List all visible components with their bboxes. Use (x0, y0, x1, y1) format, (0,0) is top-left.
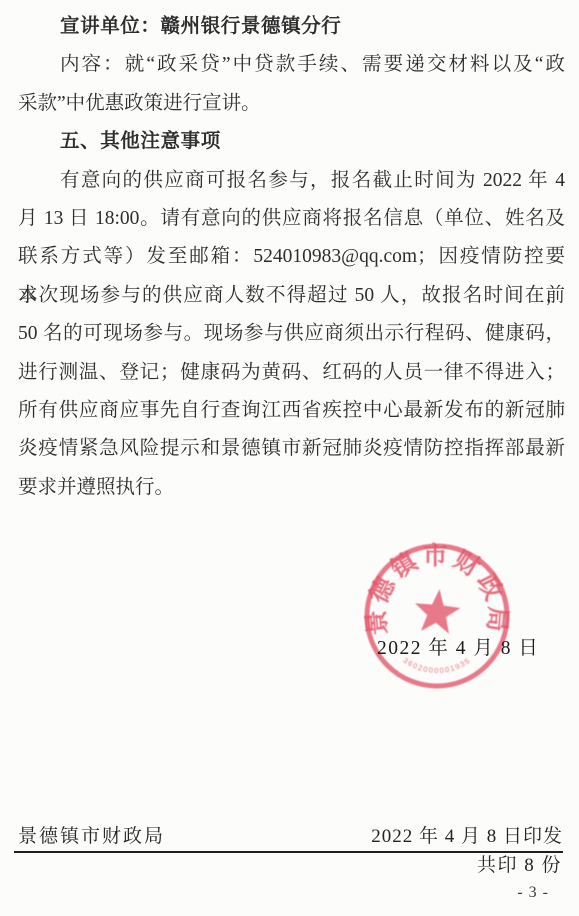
document-body: 宣讲单位：赣州银行景德镇分行 内容：就“政采贷”中贷款手续、需要递交材料以及“政… (18, 8, 565, 507)
issue-date: 2022 年 4 月 8 日 (377, 632, 539, 660)
content-line-2: 采款”中优惠政策进行宣讲。 (18, 85, 565, 123)
footer-print-date: 2022 年 4 月 8 日印发 (371, 821, 563, 848)
notice-line-5: 50 名的可现场参与。现场参与供应商须出示行程码、健康码， (18, 315, 565, 353)
notice-line-7: 所有供应商应事先自行查询江西省疾控中心最新发布的新冠肺 (18, 392, 565, 430)
section-heading: 五、其他注意事项 (18, 123, 565, 161)
notice-line-9: 要求并遵照执行。 (18, 469, 565, 507)
notice-line-6: 进行测温、登记；健康码为黄码、红码的人员一律不得进入； (18, 354, 565, 392)
notice-line-2: 月 13 日 18:00。请有意向的供应商将报名信息（单位、姓名及 (18, 200, 565, 238)
content-line-1: 内容：就“政采贷”中贷款手续、需要递交材料以及“政 (18, 46, 565, 84)
notice-line-4: 本次现场参与的供应商人数不得超过 50 人，故报名时间在前 (18, 277, 565, 315)
notice-line-8: 炎疫情紧急风险提示和景德镇市新冠肺炎疫情防控指挥部最新 (18, 430, 565, 468)
footer-issuer: 景德镇市财政局 (14, 821, 165, 848)
page-number: - 3 - (517, 884, 549, 902)
notice-line-1: 有意向的供应商可报名参与，报名截止时间为 2022 年 4 (18, 162, 565, 200)
presenter-unit-line: 宣讲单位：赣州银行景德镇分行 (18, 8, 565, 46)
seal-star-icon (412, 587, 462, 635)
footer-copies-count: 共印 8 份 (477, 850, 562, 877)
official-red-seal: 景德镇市财政局 3602000001935 (352, 531, 522, 701)
footer-rule: 景德镇市财政局 2022 年 4 月 8 日印发 (14, 821, 563, 853)
notice-line-3: 联系方式等）发至邮箱：524010983@qq.com；因疫情防控要求， (18, 238, 565, 276)
document-page: 宣讲单位：赣州银行景德镇分行 内容：就“政采贷”中贷款手续、需要递交材料以及“政… (0, 0, 579, 916)
